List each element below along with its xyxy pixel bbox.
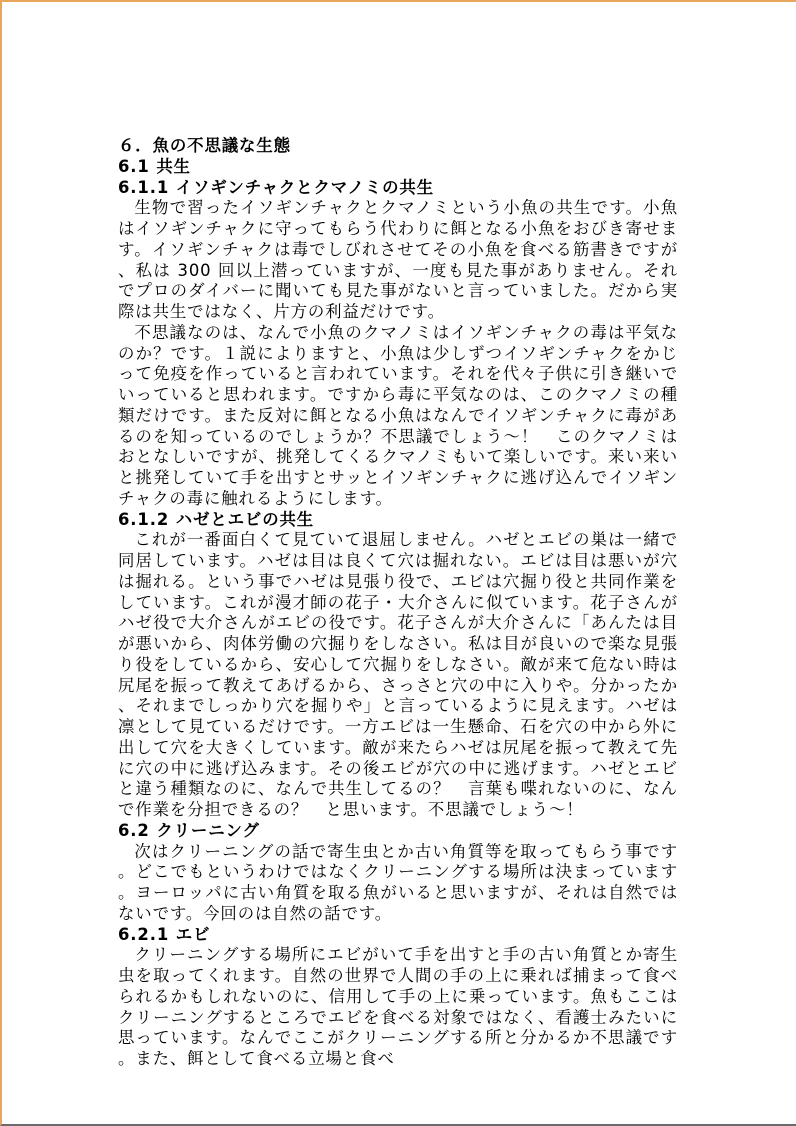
paragraph: クリーニングする場所にエビがいて手を出すと手の古い角質とか寄生虫を取ってくれます… bbox=[118, 945, 678, 1070]
subsection-heading-6-1-1: 6.1.1 イソギンチャクとクマノミの共生 bbox=[118, 178, 678, 199]
section-heading-6-1: 6.1 共生 bbox=[118, 157, 678, 178]
paragraph: 次はクリーニングの話で寄生虫とか古い角質等を取ってもらう事です。どこでもというわ… bbox=[118, 842, 678, 925]
chapter-heading: ６．魚の不思議な生態 bbox=[118, 136, 678, 157]
document-page: ６．魚の不思議な生態 6.1 共生 6.1.1 イソギンチャクとクマノミの共生 … bbox=[0, 0, 796, 1126]
subsection-heading-6-1-2: 6.1.2 ハゼとエビの共生 bbox=[118, 510, 678, 531]
paragraph: これが一番面白くて見ていて退屈しません。ハゼとエビの巣は一緒で同居しています。ハ… bbox=[118, 530, 678, 821]
section-heading-6-2: 6.2 クリーニング bbox=[118, 821, 678, 842]
subsection-heading-6-2-1: 6.2.1 エビ bbox=[118, 925, 678, 946]
paragraph: 生物で習ったイソギンチャクとクマノミという小魚の共生です。小魚はイソギンチャクに… bbox=[118, 198, 678, 323]
document-body: ６．魚の不思議な生態 6.1 共生 6.1.1 イソギンチャクとクマノミの共生 … bbox=[118, 136, 678, 1070]
paragraph: 不思議なのは、なんで小魚のクマノミはイソギンチャクの毒は平気なのか？です。１説に… bbox=[118, 323, 678, 510]
